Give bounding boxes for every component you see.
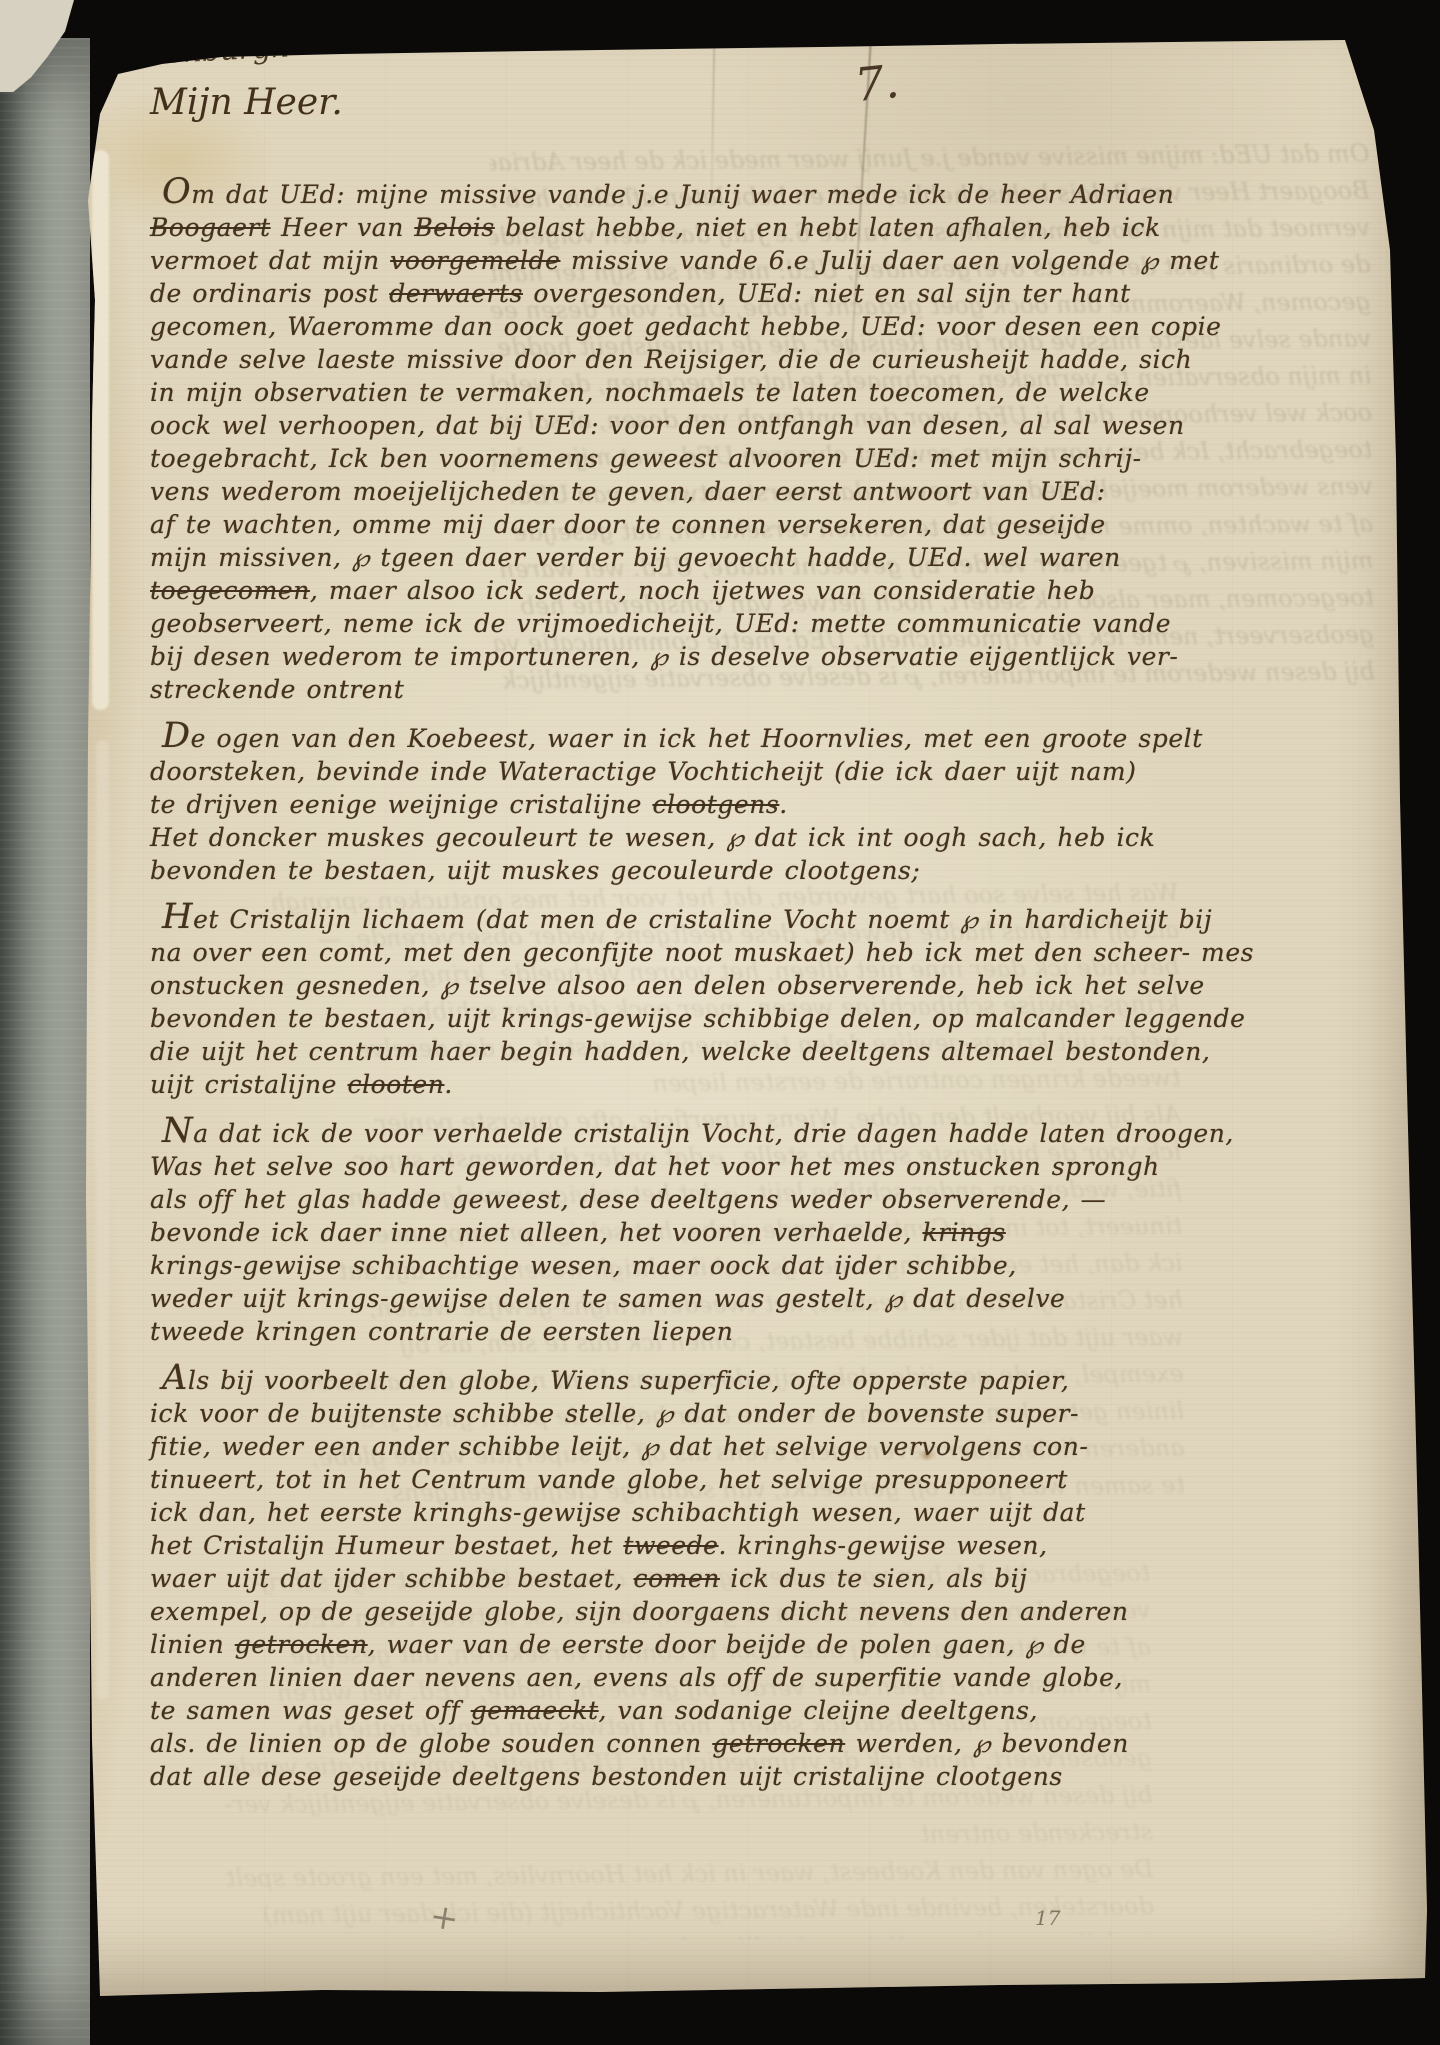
manuscript-line: de ordinaris post derwaerts overgesonden… [150,277,1180,310]
dateline: Delff in Hollant den 7: 7mb. 1674. [584,9,1052,49]
manuscript-line: vens wederom moeijelijcheden te geven, d… [150,475,1180,508]
manuscript-line: bevonden te bestaen, uijt krings-gewijse… [150,1002,1180,1035]
letter-body: Om dat UEd: mijne missive vande j.e Juni… [150,176,1180,1807]
manuscript-line: te samen was geset off gemaeckt, van sod… [150,1694,1180,1727]
manuscript-line: dat alle dese geseijde deeltgens bestond… [150,1760,1180,1793]
manuscript-line: toegecomen, maer alsoo ick sedert, noch … [150,574,1180,607]
manuscript-line: vermoet dat mijn voorgemelde missive van… [150,244,1180,277]
manuscript-line: het Cristalijn Humeur bestaet, het tweed… [150,1529,1180,1562]
paragraph: Na dat ick de voor verhaelde cristalijn … [150,1115,1180,1348]
manuscript-line: tweede kringen contrarie de eersten liep… [150,1315,1180,1348]
paper-sheet: Om dat UEd: mijne missive vande j.e Juni… [22,0,1427,1998]
manuscript-line: waer uijt dat ijder schibbe bestaet, com… [150,1562,1180,1595]
manuscript-line: vande selve laeste missive door den Reij… [150,343,1180,376]
manuscript-line: anderen linien daer nevens aen, evens al… [150,1661,1180,1694]
manuscript-line: Als bij voorbeelt den globe, Wiens super… [150,1362,1180,1397]
manuscript-line: geobserveert, neme ick de vrijmoedicheij… [150,607,1180,640]
manuscript-line: tinueert, tot in het Centrum vande globe… [150,1463,1180,1496]
manuscript-line: mijn missiven, ℘ tgeen daer verder bij g… [150,541,1180,574]
manuscript-line: Om dat UEd: mijne missive vande j.e Juni… [150,176,1180,211]
manuscript-line: bevonde ick daer inne niet alleen, het v… [150,1216,1180,1249]
pencil-mark-left: + [427,1896,461,1940]
manuscript-line: ick voor de buijtenste schibbe stelle, ℘… [150,1397,1180,1430]
manuscript-line: Het doncker muskes gecouleurt te wesen, … [150,821,1180,854]
manuscript-line: exempel, op de geseijde globe, sijn door… [150,1595,1180,1628]
manuscript-line: bij desen wederom te importuneren, ℘ is … [150,640,1180,673]
manuscript-line: Het Cristalijn lichaem (dat men de crist… [150,901,1180,936]
manuscript-line: linien getrocken, waer van de eerste doo… [150,1628,1180,1661]
pencil-mark-right: 17 [1035,1906,1060,1930]
manuscript-line: uijt cristalijne clooten. [150,1068,1180,1101]
manuscript-line: onstucken gesneden, ℘ tselve alsoo aen d… [150,969,1180,1002]
manuscript-line: bevonden te bestaen, uijt muskes gecoule… [150,854,1180,887]
manuscript-line: Na dat ick de voor verhaelde cristalijn … [150,1115,1180,1150]
salutation: Mijn Heer. [150,82,343,123]
paragraph: Om dat UEd: mijne missive vande j.e Juni… [150,176,1180,706]
manuscript-line: Was het selve soo hart geworden, dat het… [150,1150,1180,1183]
letter-number: 7. [852,54,901,112]
manuscript-line: als. de linien op de globe souden connen… [150,1727,1180,1760]
manuscript-line: in mijn observatien te vermaken, nochmae… [150,376,1180,409]
manuscript-line: fitie, weder een ander schibbe leijt, ℘ … [150,1430,1180,1463]
paragraph: De ogen van den Koebeest, waer in ick he… [150,720,1180,887]
manuscript-line: af te wachten, omme mij daer door te con… [150,508,1180,541]
manuscript-line: na over een comt, met den geconfijte noo… [150,936,1180,969]
binding-strip [0,38,90,2045]
manuscript-line: Boogaert Heer van Belois belast hebbe, n… [150,211,1180,244]
manuscript-line: te drijven eenige weijnige cristalijne c… [150,788,1180,821]
manuscript-line: doorsteken, bevinde inde Wateractige Voc… [150,755,1180,788]
paragraph: Het Cristalijn lichaem (dat men de crist… [150,901,1180,1101]
manuscript-scan: Om dat UEd: mijne missive vande j.e Juni… [0,0,1440,2045]
paragraph: Als bij voorbeelt den globe, Wiens super… [150,1362,1180,1793]
ink-layer: Oldenburgh Delff in Hollant den 7: 7mb. … [22,0,1427,1998]
manuscript-line: oock wel verhoopen, dat bij UEd: voor de… [150,409,1180,442]
manuscript-line: toegebracht, Ick ben voornemens geweest … [150,442,1180,475]
manuscript-line: die uijt het centrum haer begin hadden, … [150,1035,1180,1068]
manuscript-line: als off het glas hadde geweest, dese dee… [150,1183,1180,1216]
manuscript-line: gecomen, Waeromme dan oock goet gedacht … [150,310,1180,343]
manuscript-line: ick dan, het eerste kringhs-gewijse schi… [150,1496,1180,1529]
folio-number: (1 [1192,6,1225,42]
manuscript-line: De ogen van den Koebeest, waer in ick he… [150,720,1180,755]
recipient-annotation: Oldenburgh [113,29,290,72]
manuscript-line: krings-gewijse schibachtige wesen, maer … [150,1249,1180,1282]
manuscript-line: weder uijt krings-gewijse delen te samen… [150,1282,1180,1315]
manuscript-line: streckende ontrent [150,673,1180,706]
